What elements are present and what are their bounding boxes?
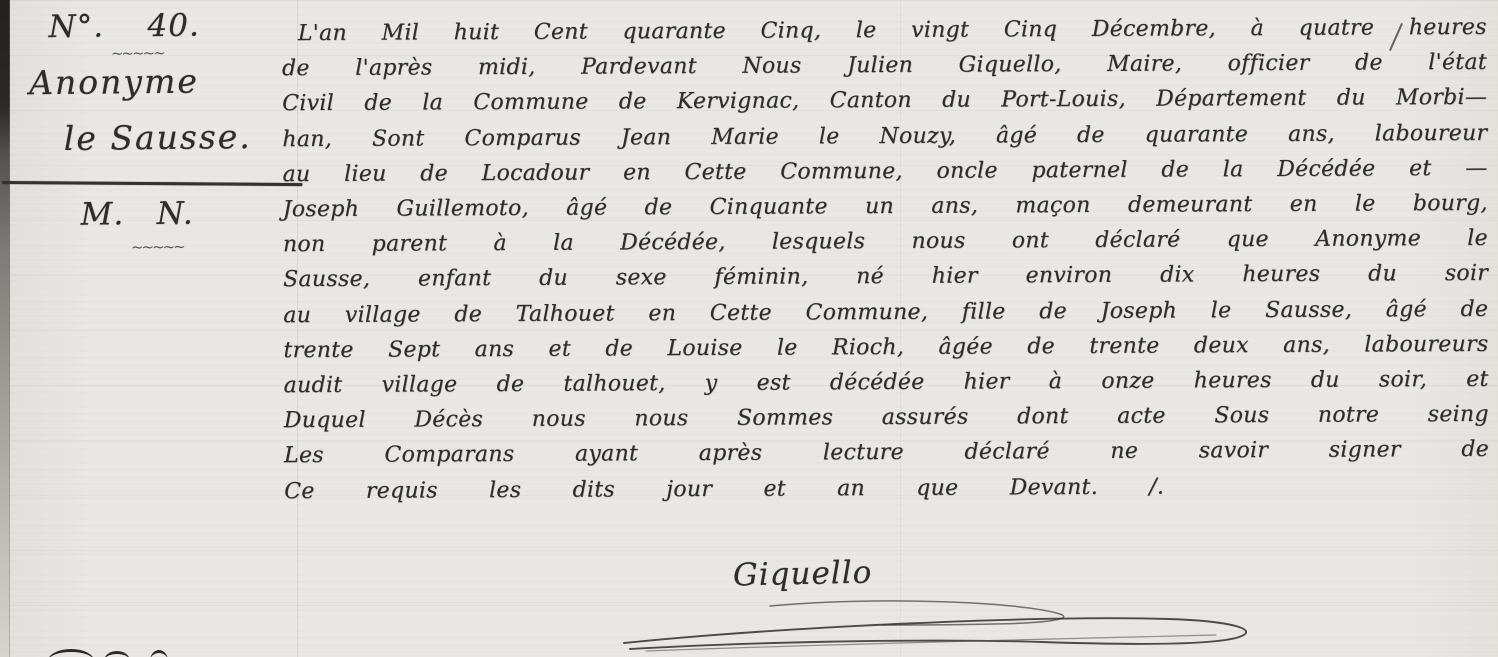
next-record-fragment xyxy=(104,651,130,657)
next-record-fragment xyxy=(150,650,168,657)
margin-initials: M. N. xyxy=(80,196,194,233)
flourish-squiggle-icon: ~~~~~ xyxy=(111,44,164,63)
signature-paraph-flourish xyxy=(612,598,1272,657)
record-line: Civil de la Commune de Kervignac, Canton… xyxy=(282,80,1487,122)
margin-deceased-name-line2: le Sausse. xyxy=(64,117,252,158)
record-line: Les Comparans ayant après lecture déclar… xyxy=(284,432,1489,474)
record-body: L'an Mil huit Cent quarante Cinq, le vin… xyxy=(282,10,1490,509)
record-line: han, Sont Comparus Jean Marie le Nouzy, … xyxy=(282,115,1487,157)
page-edge-shadow xyxy=(0,0,10,657)
document-page: N°. 40. ~~~~~ Anonyme le Sausse. M. N. ~… xyxy=(0,0,1498,657)
flourish-squiggle-icon: ~~~~~ xyxy=(131,238,184,257)
mayor-signature: Giquello xyxy=(733,555,873,594)
record-line: Sausse, enfant du sexe féminin, né hier … xyxy=(283,256,1488,298)
next-record-fragment xyxy=(48,649,94,657)
record-line: Ce requis les dits jour et an que Devant… xyxy=(284,469,1164,509)
margin-deceased-name-line1: Anonyme xyxy=(29,62,199,103)
margin-divider-line xyxy=(2,181,302,186)
record-line: au village de Talhouet en Cette Commune,… xyxy=(283,291,1488,333)
record-number: N°. 40. xyxy=(48,8,200,46)
margin-column: N°. 40. ~~~~~ Anonyme le Sausse. M. N. ~… xyxy=(10,5,298,308)
